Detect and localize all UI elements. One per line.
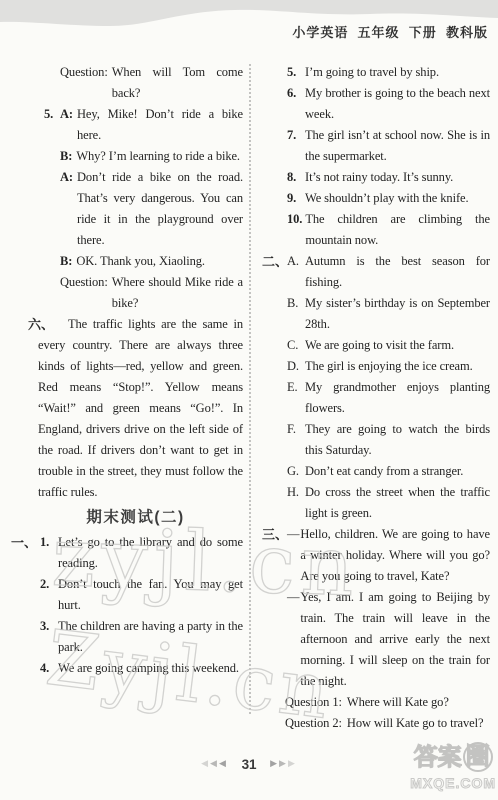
numbered-item: 二、A.Autumn is the best season for fishin… — [261, 251, 490, 293]
item-text: The children are having a party in the p… — [58, 616, 243, 658]
column-divider — [249, 64, 251, 714]
numbered-item: 2.Don’t touch the fan. You may get hurt. — [28, 574, 243, 616]
section-marker: 二、 — [262, 251, 288, 272]
item-text: My brother is going to the beach next we… — [305, 83, 490, 125]
item-number: 6. — [287, 83, 305, 125]
speaker-label: B: — [60, 146, 76, 167]
speaker-label: A: — [60, 104, 77, 146]
numbered-item: 一、1.Let’s go to the library and do some … — [28, 532, 243, 574]
question-text: How will Kate go to travel? — [347, 713, 490, 734]
numbered-item: 10.The children are climbing the mountai… — [261, 209, 490, 251]
speaker-label: Question: — [60, 62, 112, 104]
question-line: Question 2:How will Kate go to travel? — [261, 713, 490, 734]
dash-marker: — — [287, 587, 300, 692]
line-number — [44, 146, 60, 167]
line-text: Where should Mike ride a bike? — [112, 272, 243, 314]
line-text: Don’t ride a bike on the road. That’s ve… — [77, 167, 243, 251]
prev-page-button[interactable]: ◀◀◀ — [201, 759, 228, 769]
speaker-label: A: — [60, 167, 77, 251]
item-number: 4. — [40, 658, 58, 679]
section-marker: 一、 — [11, 532, 37, 553]
dialogue-line: 5.A:Hey, Mike! Don’t ride a bike here. — [28, 104, 243, 146]
item-text: We are going to visit the farm. — [305, 335, 490, 356]
paragraph-text: The traffic lights are the same in every… — [38, 314, 243, 503]
item-text: We are going camping this weekend. — [58, 658, 243, 679]
dialogue-paragraph: —Yes, I am. I am going to Beijing by tra… — [261, 587, 490, 692]
line-number — [44, 167, 60, 251]
item-text: It’s not rainy today. It’s sunny. — [305, 167, 490, 188]
site-logo-url: MXQE.COM — [410, 773, 496, 794]
line-number — [44, 62, 60, 104]
line-number — [44, 251, 60, 272]
item-number: 3. — [40, 616, 58, 658]
question-label: Question 1: — [285, 692, 347, 713]
item-text: Autumn is the best season for fishing. — [305, 251, 490, 293]
item-text: My sister’s birthday is on September 28t… — [305, 293, 490, 335]
item-number: 1. — [40, 532, 58, 574]
item-text: Do cross the street when the traffic lig… — [305, 482, 490, 524]
paragraph-text: Yes, I am. I am going to Beijing by trai… — [300, 587, 490, 692]
scanned-answer-page: 小学英语 五年级 下册 教科版 Question:When will Tom c… — [0, 0, 498, 800]
section-paragraph: 六、The traffic lights are the same in eve… — [38, 314, 243, 503]
question-label: Question 2: — [285, 713, 347, 734]
book-title: 小学英语 五年级 下册 教科版 — [292, 22, 488, 43]
numbered-item: H.Do cross the street when the traffic l… — [261, 482, 490, 524]
item-text: The children are climbing the mountain n… — [305, 209, 490, 251]
item-number: 10. — [287, 209, 305, 251]
prev-arrow-icon: ◀ — [210, 759, 219, 769]
numbered-item: F.They are going to watch the birds this… — [261, 419, 490, 461]
dialogue-body: Question:Where should Mike ride a bike? — [60, 272, 243, 314]
speaker-label: B: — [60, 251, 76, 272]
numbered-item: D.The girl is enjoying the ice cream. — [261, 356, 490, 377]
dialogue-line: A:Don’t ride a bike on the road. That’s … — [28, 167, 243, 251]
line-text: When will Tom come back? — [112, 62, 243, 104]
line-number — [44, 272, 60, 314]
item-number: 5. — [287, 62, 305, 83]
dialogue-body: A:Don’t ride a bike on the road. That’s … — [60, 167, 243, 251]
item-text: The girl is enjoying the ice cream. — [305, 356, 490, 377]
dialogue-line: Question:Where should Mike ride a bike? — [28, 272, 243, 314]
numbered-item: 7.The girl isn’t at school now. She is i… — [261, 125, 490, 167]
section-marker: 六、 — [28, 314, 54, 335]
numbered-item: 4.We are going camping this weekend. — [28, 658, 243, 679]
prev-arrow-icon: ◀ — [201, 759, 210, 769]
dash-marker: — — [287, 524, 300, 587]
item-number: A. — [287, 251, 305, 293]
speaker-label: Question: — [60, 272, 112, 314]
page-number: 31 — [242, 754, 257, 775]
next-page-button[interactable]: ▶▶▶ — [270, 759, 297, 769]
line-text: OK. Thank you, Xiaoling. — [76, 251, 243, 272]
numbered-item: B.My sister’s birthday is on September 2… — [261, 293, 490, 335]
dialogue-body: B:Why? I’m learning to ride a bike. — [60, 146, 243, 167]
pager: ◀◀◀ 31 ▶▶▶ — [0, 754, 498, 775]
prev-arrow-icon: ◀ — [219, 759, 228, 769]
item-text: Let’s go to the library and do some read… — [58, 532, 243, 574]
paragraph-text: Hello, children. We are going to have a … — [300, 524, 490, 587]
item-text: The girl isn’t at school now. She is in … — [305, 125, 490, 167]
item-number: 7. — [287, 125, 305, 167]
dialogue-paragraph: 三、—Hello, children. We are going to have… — [261, 524, 490, 587]
numbered-item: E.My grandmother enjoys planting flowers… — [261, 377, 490, 419]
numbered-item: 3.The children are having a party in the… — [28, 616, 243, 658]
item-number: F. — [287, 419, 305, 461]
numbered-item: 6.My brother is going to the beach next … — [261, 83, 490, 125]
numbered-item: 8.It’s not rainy today. It’s sunny. — [261, 167, 490, 188]
right-column: 5.I’m going to travel by ship.6.My broth… — [261, 62, 490, 734]
numbered-item: 9.We shouldn’t play with the knife. — [261, 188, 490, 209]
dialogue-body: A:Hey, Mike! Don’t ride a bike here. — [60, 104, 243, 146]
item-number: H. — [287, 482, 305, 524]
test-heading: 期末测试(二) — [28, 506, 243, 530]
dialogue-line: Question:When will Tom come back? — [28, 62, 243, 104]
left-column: Question:When will Tom come back?5.A:Hey… — [28, 62, 243, 679]
dialogue-body: B:OK. Thank you, Xiaoling. — [60, 251, 243, 272]
item-text: They are going to watch the birds this S… — [305, 419, 490, 461]
section-marker: 三、 — [262, 524, 288, 545]
item-number: E. — [287, 377, 305, 419]
next-arrow-icon: ▶ — [288, 759, 297, 769]
numbered-item: 5.I’m going to travel by ship. — [261, 62, 490, 83]
next-arrow-icon: ▶ — [279, 759, 288, 769]
item-number: D. — [287, 356, 305, 377]
numbered-item: C.We are going to visit the farm. — [261, 335, 490, 356]
line-text: Why? I’m learning to ride a bike. — [76, 146, 243, 167]
item-number: C. — [287, 335, 305, 356]
dialogue-body: Question:When will Tom come back? — [60, 62, 243, 104]
dialogue-line: B:Why? I’m learning to ride a bike. — [28, 146, 243, 167]
numbered-item: G.Don’t eat candy from a stranger. — [261, 461, 490, 482]
item-text: Don’t touch the fan. You may get hurt. — [58, 574, 243, 616]
item-text: My grandmother enjoys planting flowers. — [305, 377, 490, 419]
next-arrow-icon: ▶ — [270, 759, 279, 769]
question-text: Where will Kate go? — [347, 692, 490, 713]
item-number: 8. — [287, 167, 305, 188]
item-number: 9. — [287, 188, 305, 209]
line-text: Hey, Mike! Don’t ride a bike here. — [77, 104, 243, 146]
line-number: 5. — [44, 104, 60, 146]
item-text: Don’t eat candy from a stranger. — [305, 461, 490, 482]
item-number: B. — [287, 293, 305, 335]
item-number: 2. — [40, 574, 58, 616]
dialogue-line: B:OK. Thank you, Xiaoling. — [28, 251, 243, 272]
item-text: We shouldn’t play with the knife. — [305, 188, 490, 209]
question-line: Question 1:Where will Kate go? — [261, 692, 490, 713]
item-number: G. — [287, 461, 305, 482]
item-text: I’m going to travel by ship. — [305, 62, 490, 83]
